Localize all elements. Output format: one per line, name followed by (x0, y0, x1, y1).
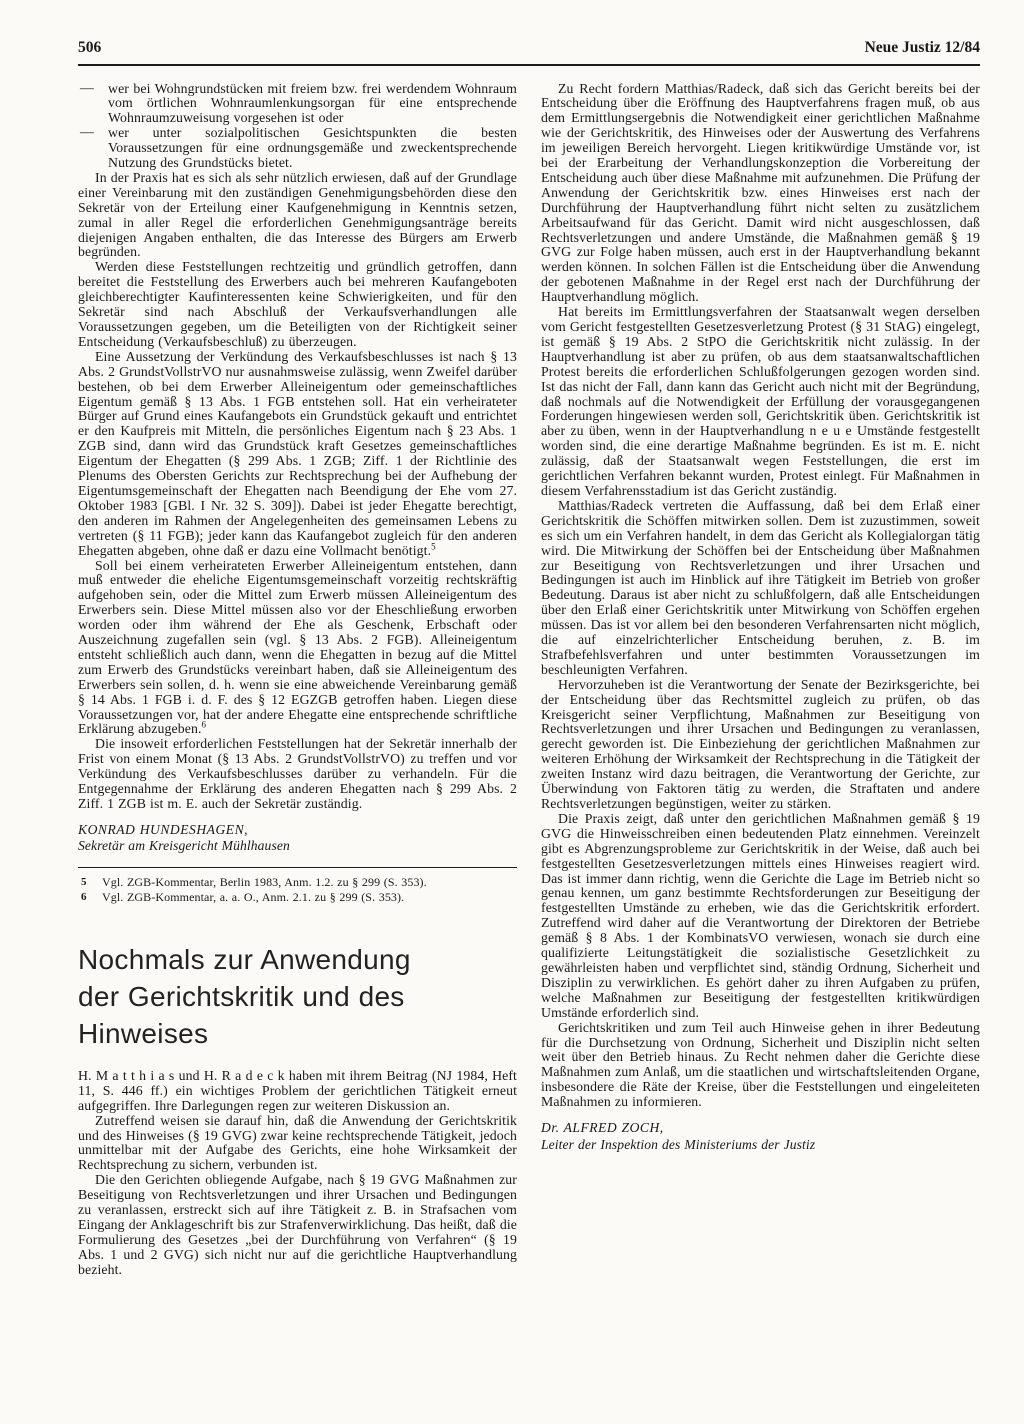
paragraph: H. M a t t h i a s und H. R a d e c k ha… (78, 1069, 517, 1114)
paragraph-text: Werden diese Feststellungen rechtzeitig … (78, 259, 517, 349)
paragraph: Zu Recht fordern Matthias/Radeck, daß si… (541, 82, 980, 306)
list-item: — wer bei Wohngrundstücken mit freiem bz… (78, 82, 517, 127)
list-item-text: wer bei Wohngrundstücken mit freiem bzw.… (108, 81, 517, 126)
footnote-ref: 5 (431, 541, 436, 551)
article-title: Nochmals zur Anwendung der Gerichtskriti… (78, 941, 517, 1052)
paragraph-text: Hervorzuheben ist die Verantwortung der … (541, 677, 980, 811)
journal-title: Neue Justiz 12/84 (865, 40, 980, 56)
page-number: 506 (78, 40, 101, 56)
footnote: 6 Vgl. ZGB-Kommentar, a. a. O., Anm. 2.1… (78, 890, 517, 905)
author-title: Leiter der Inspektion des Ministeriums d… (541, 1137, 980, 1154)
right-column: Zu Recht fordern Matthias/Radeck, daß si… (541, 82, 980, 1278)
footnote-number: 5 (81, 875, 87, 890)
author-name: KONRAD HUNDESHAGEN, (78, 822, 517, 839)
two-column-layout: — wer bei Wohngrundstücken mit freiem bz… (78, 82, 980, 1278)
author-signature: Dr. ALFRED ZOCH, Leiter der Inspektion d… (541, 1120, 980, 1153)
author-signature: KONRAD HUNDESHAGEN, Sekretär am Kreisger… (78, 822, 517, 855)
footnote-text: Vgl. ZGB-Kommentar, a. a. O., Anm. 2.1. … (102, 890, 404, 904)
paragraph: Eine Aussetzung der Verkündung des Verka… (78, 350, 517, 559)
footnote-ref: 6 (202, 720, 207, 730)
list-item: — wer unter sozialpolitischen Gesichtspu… (78, 126, 517, 171)
paragraph: Die den Gerichten obliegende Aufgabe, na… (78, 1173, 517, 1277)
paragraph: Soll bei einem verheirateten Erwerber Al… (78, 559, 517, 738)
dash-bullet: — (80, 125, 94, 140)
list-item-text: wer unter sozialpolitischen Gesichtspunk… (108, 125, 517, 170)
journal-page: 506 Neue Justiz 12/84 — wer bei Wohngrun… (0, 0, 1024, 1424)
paragraph: Werden diese Feststellungen rechtzeitig … (78, 260, 517, 349)
left-column: — wer bei Wohngrundstücken mit freiem bz… (78, 82, 517, 1278)
author-name: Dr. ALFRED ZOCH, (541, 1120, 980, 1137)
paragraph-text: Die den Gerichten obliegende Aufgabe, na… (78, 1172, 517, 1276)
paragraph-text: Die Praxis zeigt, daß unter den gerichtl… (541, 811, 980, 1020)
paragraph-text: Matthias/Radeck vertreten die Auffassung… (541, 498, 980, 677)
article-title-line1: Nochmals zur Anwendung (78, 941, 517, 978)
page-header: 506 Neue Justiz 12/84 (78, 40, 980, 66)
paragraph-text: Zu Recht fordern Matthias/Radeck, daß si… (541, 81, 980, 305)
footnote-text: Vgl. ZGB-Kommentar, Berlin 1983, Anm. 1.… (102, 875, 427, 889)
footnote: 5 Vgl. ZGB-Kommentar, Berlin 1983, Anm. … (78, 875, 517, 890)
paragraph: In der Praxis hat es sich als sehr nützl… (78, 171, 517, 260)
paragraph: Die Praxis zeigt, daß unter den gerichtl… (541, 812, 980, 1021)
paragraph: Hervorzuheben ist die Verantwortung der … (541, 678, 980, 812)
footnote-block: 5 Vgl. ZGB-Kommentar, Berlin 1983, Anm. … (78, 867, 517, 905)
paragraph-text: Gerichtskritiken und zum Teil auch Hinwe… (541, 1020, 980, 1110)
paragraph-text: Eine Aussetzung der Verkündung des Verka… (78, 349, 517, 558)
paragraph-text: Zutreffend weisen sie darauf hin, daß di… (78, 1113, 517, 1173)
paragraph: Zutreffend weisen sie darauf hin, daß di… (78, 1114, 517, 1174)
paragraph: Gerichtskritiken und zum Teil auch Hinwe… (541, 1021, 980, 1110)
paragraph-text: Hat bereits im Ermittlungsverfahren der … (541, 304, 980, 498)
author-title: Sekretär am Kreisgericht Mühlhausen (78, 838, 517, 855)
paragraph: Die insoweit erforderlichen Feststellung… (78, 737, 517, 812)
paragraph-text: Soll bei einem verheirateten Erwerber Al… (78, 558, 517, 737)
paragraph: Matthias/Radeck vertreten die Auffassung… (541, 499, 980, 678)
paragraph-text: H. M a t t h i a s und H. R a d e c k ha… (78, 1068, 517, 1113)
article-body: H. M a t t h i a s und H. R a d e c k ha… (78, 1069, 517, 1278)
dash-bullet: — (80, 81, 94, 96)
article-title-line2: der Gerichtskritik und des Hinweises (78, 978, 517, 1052)
paragraph-text: In der Praxis hat es sich als sehr nützl… (78, 170, 517, 260)
paragraph-text: Die insoweit erforderlichen Feststellung… (78, 736, 517, 811)
footnote-number: 6 (81, 890, 87, 905)
paragraph: Hat bereits im Ermittlungsverfahren der … (541, 305, 980, 499)
